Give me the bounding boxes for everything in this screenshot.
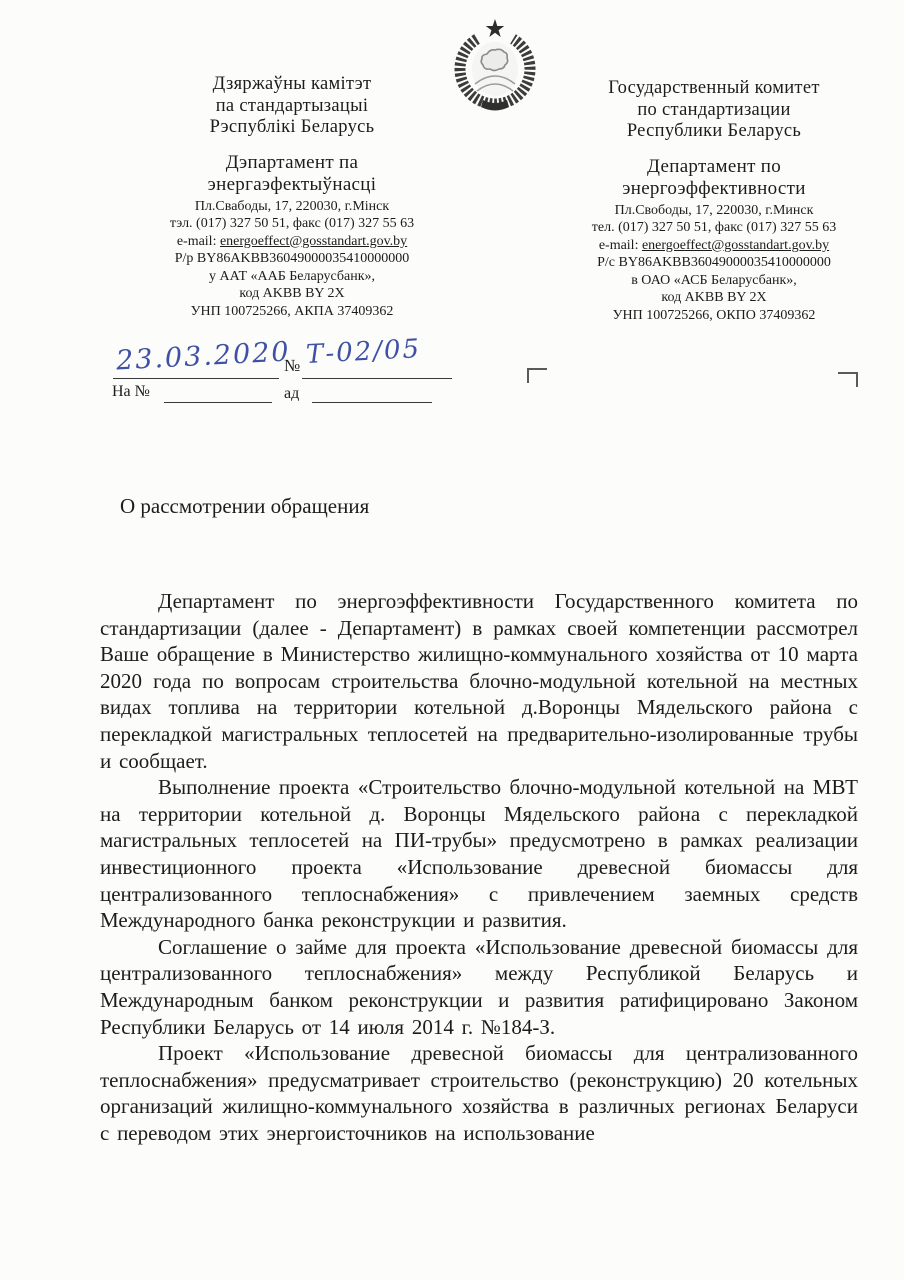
body-paragraph: Департамент по энергоэффективности Госуд… (100, 588, 858, 774)
addressee-corner-mark-right (838, 372, 858, 387)
letter-body: Департамент по энергоэффективности Госуд… (100, 588, 858, 1146)
letter-subject: О рассмотрении обращения (120, 494, 369, 519)
incoming-date-underline (312, 402, 432, 403)
reg-numbers-by: УНП 100725266, АКПА 37409362 (124, 303, 460, 321)
email-label-by: e-mail: (177, 234, 220, 249)
account-by: Р/р BY86AKBB36049000035410000000 (124, 250, 460, 268)
email-address-ru: energoeffect@gosstandart.gov.by (642, 238, 829, 253)
email-label-ru: e-mail: (599, 238, 642, 253)
number-sign-label: № (284, 356, 300, 376)
header-russian-column: Государственный комитет по стандартизаци… (544, 78, 884, 325)
body-paragraph: Выполнение проекта «Строительство блочно… (100, 774, 858, 934)
dept-name-ru: Департамент по энергоэффективности (544, 156, 884, 200)
incoming-number-label: На № (112, 383, 150, 401)
phone-by: тэл. (017) 327 50 51, факс (017) 327 55 … (124, 215, 460, 233)
org-name-ru: Государственный комитет по стандартизаци… (544, 78, 884, 143)
bank-code-by: код AKBB BY 2X (124, 285, 460, 303)
phone-ru: тел. (017) 327 50 51, факс (017) 327 55 … (544, 219, 884, 237)
handwritten-number: Т-02/05 (305, 334, 421, 370)
dept-name-by: Дэпартамент па энергаэфектыўнасці (124, 152, 460, 196)
incoming-date-label: ад (284, 385, 299, 403)
org-name-by: Дзяржаўны камітэт па стандартызацыі Рэсп… (124, 74, 460, 139)
address-by: Пл.Свабоды, 17, 220030, г.Мінск (124, 198, 460, 216)
addressee-corner-mark-left (527, 368, 547, 383)
body-paragraph: Проект «Использование древесной биомассы… (100, 1040, 858, 1146)
coat-of-arms-icon (445, 12, 545, 124)
reg-numbers-ru: УНП 100725266, ОКПО 37409362 (544, 307, 884, 325)
header-belarusian-column: Дзяржаўны камітэт па стандартызацыі Рэсп… (124, 74, 460, 321)
account-ru: Р/с BY86AKBB36049000035410000000 (544, 254, 884, 272)
body-paragraph: Соглашение о займе для проекта «Использо… (100, 934, 858, 1040)
bank-code-ru: код AKBB BY 2X (544, 289, 884, 307)
email-address-by: energoeffect@gosstandart.gov.by (220, 234, 407, 249)
letter-page: Дзяржаўны камітэт па стандартызацыі Рэсп… (0, 0, 904, 1280)
date-underline (113, 378, 279, 379)
number-underline (302, 378, 452, 379)
bank-by: у ААТ «ААБ Беларусбанк», (124, 268, 460, 286)
contact-block-by: Пл.Свабоды, 17, 220030, г.Мінск тэл. (01… (124, 198, 460, 321)
incoming-number-underline (164, 402, 272, 403)
email-line-by: e-mail: energoeffect@gosstandart.gov.by (124, 233, 460, 251)
bank-ru: в ОАО «АСБ Беларусбанк», (544, 272, 884, 290)
address-ru: Пл.Свободы, 17, 220030, г.Минск (544, 202, 884, 220)
email-line-ru: e-mail: energoeffect@gosstandart.gov.by (544, 237, 884, 255)
contact-block-ru: Пл.Свободы, 17, 220030, г.Минск тел. (01… (544, 202, 884, 325)
handwritten-date: 23.03.2020 (115, 336, 291, 376)
